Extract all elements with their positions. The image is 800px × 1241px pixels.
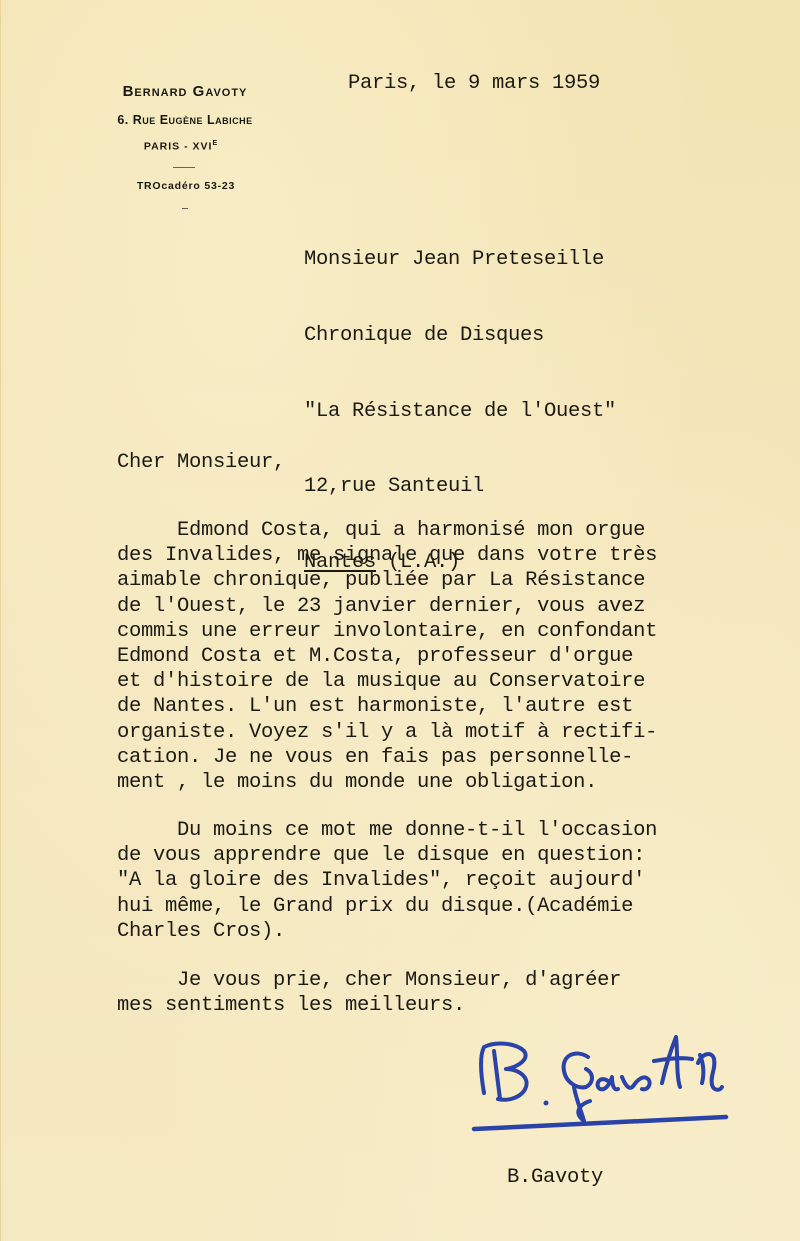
body-paragraph-2: Du moins ce mot me donne-t-il l'occasion… (117, 818, 657, 944)
body-line: commis une erreur involontaire, en confo… (117, 619, 657, 644)
body-line: aimable chronique, publiée par La Résist… (117, 568, 657, 593)
body-line: ment , le moins du monde une obligation. (117, 770, 657, 795)
body-line: Edmond Costa et M.Costa, professeur d'or… (117, 644, 657, 669)
letter-page: Bernard Gavoty 6. Rue Eugène Labiche PAR… (0, 0, 800, 1241)
letterhead-phone: TROcadéro 53-23 (101, 180, 271, 192)
letterhead-dash (182, 208, 188, 209)
letterhead-city: PARIS - XVIE (121, 140, 241, 153)
typed-signature-name: B.Gavoty (507, 1165, 603, 1190)
salutation: Cher Monsieur, (117, 450, 285, 475)
recipient-line: "La Résistance de l'Ouest" (304, 399, 616, 424)
letterhead-street: 6. Rue Eugène Labiche (79, 113, 291, 127)
recipient-line: 12,rue Santeuil (304, 474, 616, 499)
body-line: Edmond Costa, qui a harmonisé mon orgue (117, 518, 657, 543)
body-line: Charles Cros). (117, 919, 657, 944)
body-line: de vous apprendre que le disque en quest… (117, 843, 657, 868)
body-line: Du moins ce mot me donne-t-il l'occasion (117, 818, 657, 843)
handwritten-signature (466, 1025, 746, 1140)
body-line: cation. Je ne vous en fais pas personnel… (117, 745, 657, 770)
body-paragraph-1: Edmond Costa, qui a harmonisé mon orgue … (117, 518, 657, 795)
body-line: mes sentiments les meilleurs. (117, 993, 621, 1018)
body-line: organiste. Voyez s'il y a là motif à rec… (117, 720, 657, 745)
body-line: hui même, le Grand prix du disque.(Acadé… (117, 894, 657, 919)
body-line: des Invalides, me signale que dans votre… (117, 543, 657, 568)
body-line: "A la gloire des Invalides", reçoit aujo… (117, 868, 657, 893)
closing-paragraph: Je vous prie, cher Monsieur, d'agréer me… (117, 968, 621, 1018)
recipient-line: Chronique de Disques (304, 323, 616, 348)
body-line: Je vous prie, cher Monsieur, d'agréer (117, 968, 621, 993)
body-line: et d'histoire de la musique au Conservat… (117, 669, 657, 694)
recipient-line: Monsieur Jean Preteseille (304, 247, 616, 272)
body-line: de Nantes. L'un est harmoniste, l'autre … (117, 694, 657, 719)
date-line: Paris, le 9 mars 1959 (348, 71, 600, 96)
body-line: de l'Ouest, le 23 janvier dernier, vous … (117, 594, 657, 619)
letterhead-city-superscript: E (212, 140, 218, 147)
letterhead-name: Bernard Gavoty (79, 83, 291, 100)
letterhead-divider (173, 167, 195, 168)
letterhead-city-text: PARIS - XVI (144, 141, 213, 153)
